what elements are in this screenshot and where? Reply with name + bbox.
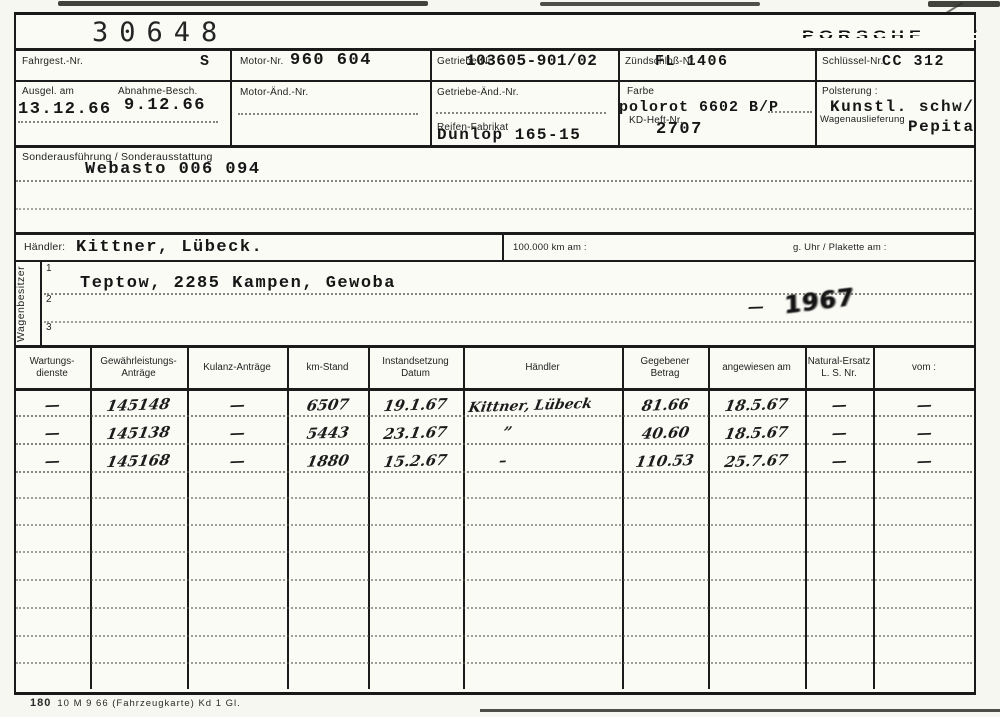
ausgel-value: 13.12.66: [18, 100, 112, 119]
farbe-label: Farbe: [627, 86, 654, 97]
rule-below-number: [14, 48, 974, 51]
getriebe-nr-value: 103605-901/02: [466, 52, 597, 70]
cell-wartung: —: [14, 452, 90, 471]
farbe-value: polorot 6602 B/P: [619, 99, 779, 116]
cell-gewaehrleistung: 145138: [90, 424, 187, 443]
cell-betrag: 40.60: [622, 424, 708, 443]
table-row-rule: [16, 579, 972, 581]
rule-between-field-rows: [14, 80, 974, 82]
field-divider-3: [618, 48, 620, 145]
owner-row-1-num: 1: [46, 263, 52, 274]
owner-row-2-num: 2: [46, 294, 52, 305]
field-divider-1: [230, 48, 232, 145]
cell-gewaehrleistung: 145148: [90, 396, 187, 415]
form-imprint: 18010 M 9 66 (Fahrzeugkarte) Kd 1 Gl.: [30, 697, 241, 709]
reifen-value: Dunlop 165-15: [437, 126, 581, 144]
col-header-kulanz: Kulanz-Anträge: [203, 362, 271, 374]
cell-angewiesen: 18.5.67: [708, 396, 805, 415]
col-header-wartungsdienste: Wartungs- dienste: [30, 356, 75, 380]
scan-smudge-top-left: [58, 1, 428, 6]
field-divider-2: [430, 48, 432, 145]
table-row-rule: [16, 471, 972, 473]
haendler-value: Kittner, Lübeck.: [76, 238, 263, 257]
wagenbesitzer-label: Wagenbesitzer: [15, 264, 39, 344]
cell-natural: —: [805, 396, 873, 415]
wagenauslieferung-label: Wagenauslieferung: [820, 114, 905, 125]
scanned-vehicle-card-page: 30648 PORSCHE Fahrgest.-Nr. S Motor-Nr. …: [0, 0, 1000, 717]
zuendschloss-value: FL 1406: [655, 53, 729, 70]
col-header-gewaehrleistung: Gewährleistungs- Anträge: [100, 356, 176, 380]
scan-smudge-top-right: [928, 1, 1000, 7]
cell-kulanz: —: [187, 424, 287, 443]
cell-km: 1880: [287, 452, 368, 471]
table-row-rule: [16, 497, 972, 499]
wagenauslieferung-value: Pepita: [908, 118, 975, 136]
motor-nr-label: Motor-Nr.: [240, 56, 283, 67]
table-row-rule: [16, 524, 972, 526]
table-row-rule: [16, 443, 972, 445]
polsterung-label: Polsterung :: [822, 86, 878, 97]
table-row-rule: [16, 607, 972, 609]
cell-betrag: 110.53: [622, 452, 708, 471]
cell-kulanz: —: [187, 452, 287, 471]
schluessel-value: CC 312: [882, 53, 945, 70]
scan-smudge-bottom: [480, 709, 1000, 712]
dotted-underline: [436, 112, 606, 114]
dotted-rule: [16, 180, 972, 182]
form-imprint-text: 10 M 9 66 (Fahrzeugkarte) Kd 1 Gl.: [57, 698, 240, 709]
logo-stripe-icon: [798, 38, 978, 40]
cell-angewiesen: 18.5.67: [708, 424, 805, 443]
stamp-smudge-dash: —: [748, 297, 764, 317]
sonder-value: Webasto 006 094: [85, 160, 261, 179]
cell-betrag: 81.66: [622, 396, 708, 415]
cell-vom: —: [873, 396, 975, 415]
field-divider-4: [815, 48, 817, 145]
dotted-underline: [18, 121, 218, 123]
col-header-km-stand: km-Stand: [307, 362, 349, 374]
col-header-natural-ersatz: Natural-Ersatz L. S. Nr.: [808, 356, 871, 380]
cell-haendler: –: [463, 452, 622, 471]
table-row-rule: [16, 662, 972, 664]
form-imprint-number: 180: [30, 697, 51, 709]
cell-gewaehrleistung: 145168: [90, 452, 187, 471]
table-row-rule: [16, 551, 972, 553]
scan-smudge-top-mid: [540, 2, 760, 6]
rule-below-haendler: [14, 260, 974, 262]
cell-datum: 23.1.67: [368, 424, 463, 443]
cell-km: 6507: [287, 396, 368, 415]
col-header-vom: vom :: [912, 362, 936, 374]
dotted-underline: [768, 111, 812, 113]
abnahme-value: 9.12.66: [124, 96, 206, 115]
cell-datum: 19.1.67: [368, 396, 463, 415]
ausgel-label: Ausgel. am: [22, 86, 74, 97]
uhr-plakette-label: g. Uhr / Plakette am :: [793, 242, 887, 253]
fahrgest-label: Fahrgest.-Nr.: [22, 56, 83, 67]
col-header-haendler: Händler: [525, 362, 559, 374]
cell-angewiesen: 25.7.67: [708, 452, 805, 471]
owner-row-1-value: Teptow, 2285 Kampen, Gewoba: [80, 274, 396, 293]
cell-datum: 15.2.67: [368, 452, 463, 471]
col-header-angewiesen: angewiesen am: [722, 362, 791, 374]
km-label: 100.000 km am :: [513, 242, 587, 253]
rule-above-haendler: [14, 232, 974, 235]
wagenbesitzer-divider: [40, 260, 42, 345]
logo-stripe-icon: [798, 33, 978, 35]
porsche-wordmark: PORSCHE: [802, 28, 974, 43]
cell-natural: —: [805, 452, 873, 471]
motor-nr-value: 960 604: [290, 51, 372, 70]
cell-km: 5443: [287, 424, 368, 443]
table-header-row: Wartungs- dienste Gewährleistungs- Anträ…: [14, 348, 975, 388]
cell-kulanz: —: [187, 396, 287, 415]
dotted-rule: [16, 208, 972, 210]
cell-wartung: —: [14, 424, 90, 443]
cell-haendler: ”: [463, 424, 622, 443]
dotted-underline: [238, 113, 418, 115]
cell-vom: —: [873, 452, 975, 471]
haendler-label: Händler:: [24, 241, 65, 253]
haendler-divider: [502, 232, 504, 260]
cell-haendler: Kittner, Lübeck: [463, 397, 622, 415]
col-header-instandsetzung: Instandsetzung Datum: [382, 356, 448, 380]
porsche-logo: PORSCHE: [802, 28, 974, 46]
rule-below-table-header: [14, 388, 974, 391]
cell-wartung: —: [14, 396, 90, 415]
schluessel-label: Schlüssel-Nr.: [822, 56, 884, 67]
owner-row-3-num: 3: [46, 322, 52, 333]
motor-aend-label: Motor-Änd.-Nr.: [240, 87, 308, 98]
card-number: 30648: [92, 17, 228, 48]
table-row-rule: [16, 415, 972, 417]
dotted-rule: [44, 321, 972, 323]
getriebe-aend-label: Getriebe-Änd.-Nr.: [437, 87, 519, 98]
cell-vom: —: [873, 424, 975, 443]
cell-natural: —: [805, 424, 873, 443]
kd-heft-value: 2707: [656, 120, 703, 139]
rule-below-fields: [14, 145, 974, 148]
fahrgest-value: S: [200, 53, 211, 70]
col-header-betrag: Gegebener Betrag: [640, 356, 689, 380]
table-row-rule: [16, 635, 972, 637]
